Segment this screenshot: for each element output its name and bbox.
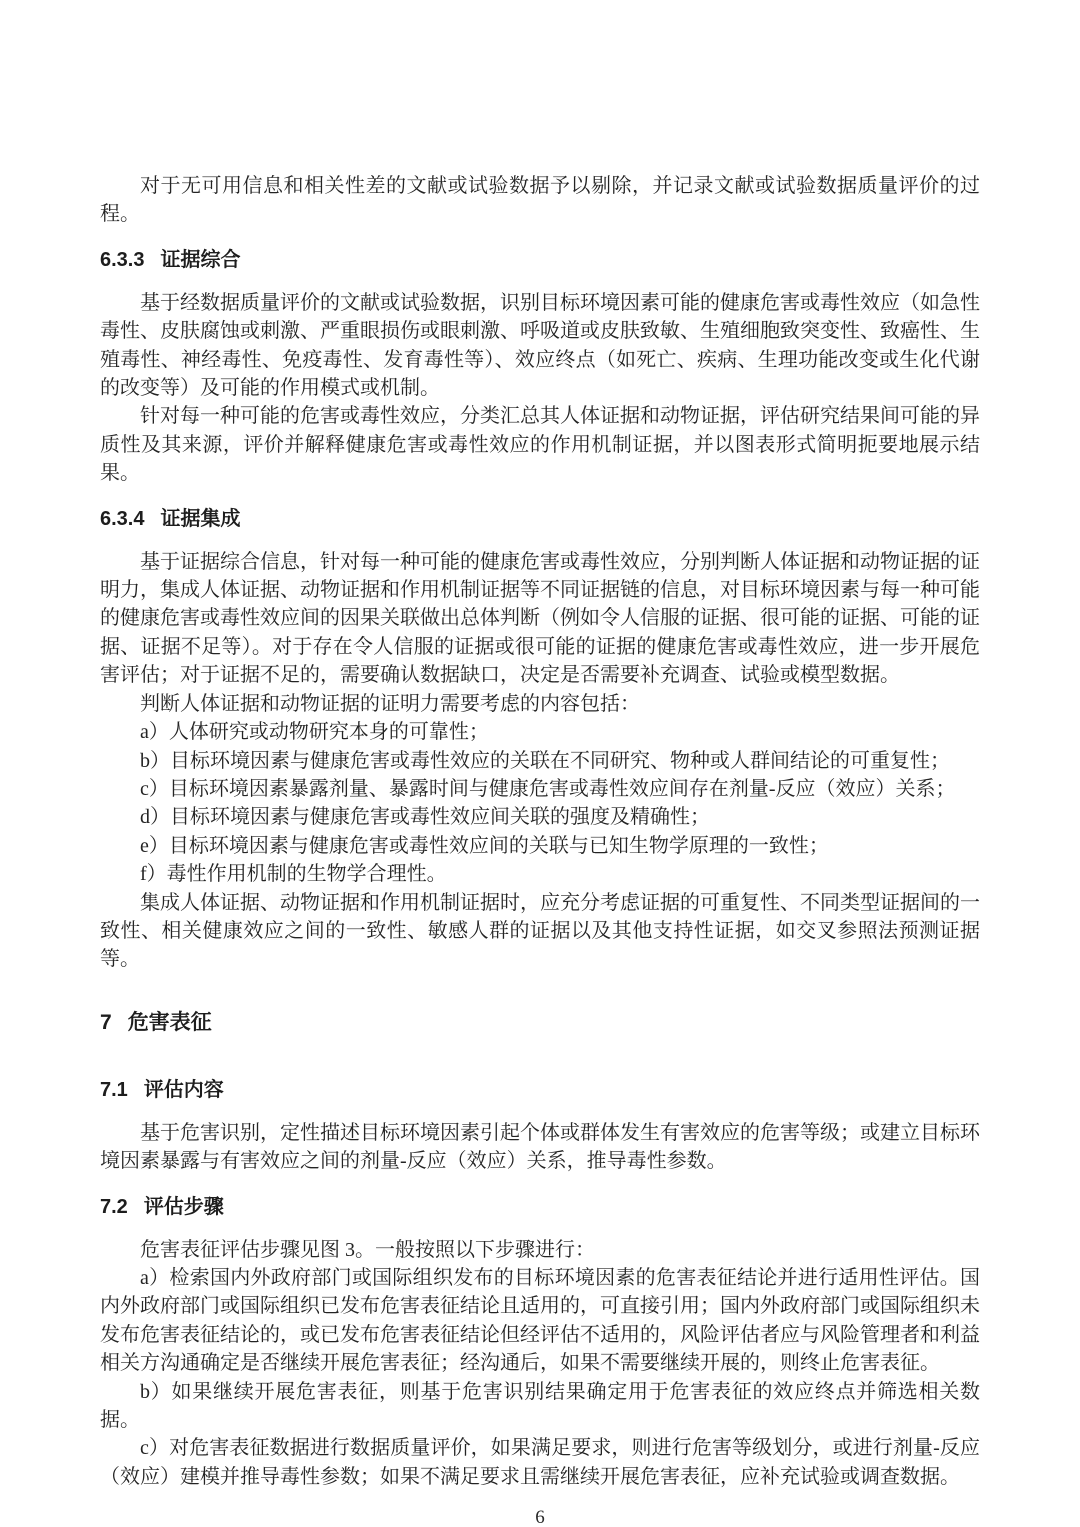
list-item-c: c）目标环境因素暴露剂量、暴露时间与健康危害或毒性效应间存在剂量-反应（效应）关… (100, 775, 980, 803)
heading-7-2: 7.2评估步骤 (100, 1193, 980, 1221)
heading-title: 危害表征 (128, 1011, 212, 1034)
heading-6-3-3: 6.3.3证据综合 (100, 246, 980, 274)
document-page: 对于无可用信息和相关性差的文献或试验数据予以剔除，并记录文献或试验数据质量评价的… (0, 0, 1080, 1527)
paragraph: 基于经数据质量评价的文献或试验数据，识别目标环境因素可能的健康危害或毒性效应（如… (100, 289, 980, 403)
heading-title: 证据集成 (160, 508, 240, 530)
heading-6-3-4: 6.3.4证据集成 (100, 505, 980, 533)
list-item-a: a）人体研究或动物研究本身的可靠性； (100, 718, 980, 746)
heading-7: 7危害表征 (100, 1008, 980, 1038)
paragraph-lead: 对于无可用信息和相关性差的文献或试验数据予以剔除，并记录文献或试验数据质量评价的… (100, 172, 980, 229)
page-number: 6 (100, 1505, 980, 1527)
heading-title: 证据综合 (160, 249, 240, 271)
list-lead: 判断人体证据和动物证据的证明力需要考虑的内容包括： (100, 690, 980, 718)
list-item-c: c）对危害表征数据进行数据质量评价，如果满足要求，则进行危害等级划分，或进行剂量… (100, 1434, 980, 1491)
paragraph: 基于危害识别，定性描述目标环境因素引起个体或群体发生有害效应的危害等级；或建立目… (100, 1119, 980, 1176)
list-item-a: a）检索国内外政府部门或国际组织发布的目标环境因素的危害表征结论并进行适用性评估… (100, 1264, 980, 1378)
heading-number: 6.3.3 (100, 246, 144, 274)
heading-number: 7.1 (100, 1076, 128, 1104)
heading-title: 评估内容 (144, 1079, 224, 1101)
heading-7-1: 7.1评估内容 (100, 1076, 980, 1104)
paragraph: 危害表征评估步骤见图 3。一般按照以下步骤进行： (100, 1236, 980, 1264)
heading-number: 6.3.4 (100, 505, 144, 533)
paragraph: 基于证据综合信息，针对每一种可能的健康危害或毒性效应，分别判断人体证据和动物证据… (100, 548, 980, 690)
list-item-b: b）如果继续开展危害表征，则基于危害识别结果确定用于危害表征的效应终点并筛选相关… (100, 1378, 980, 1435)
list-item-b: b）目标环境因素与健康危害或毒性效应的关联在不同研究、物种或人群间结论的可重复性… (100, 747, 980, 775)
list-item-e: e）目标环境因素与健康危害或毒性效应间的关联与已知生物学原理的一致性； (100, 832, 980, 860)
list-item-d: d）目标环境因素与健康危害或毒性效应间关联的强度及精确性； (100, 803, 980, 831)
list-item-f: f）毒性作用机制的生物学合理性。 (100, 860, 980, 888)
paragraph: 针对每一种可能的危害或毒性效应，分类汇总其人体证据和动物证据，评估研究结果间可能… (100, 402, 980, 487)
paragraph: 集成人体证据、动物证据和作用机制证据时，应充分考虑证据的可重复性、不同类型证据间… (100, 889, 980, 974)
heading-title: 评估步骤 (144, 1196, 224, 1218)
heading-number: 7.2 (100, 1193, 128, 1221)
heading-number: 7 (100, 1008, 112, 1038)
